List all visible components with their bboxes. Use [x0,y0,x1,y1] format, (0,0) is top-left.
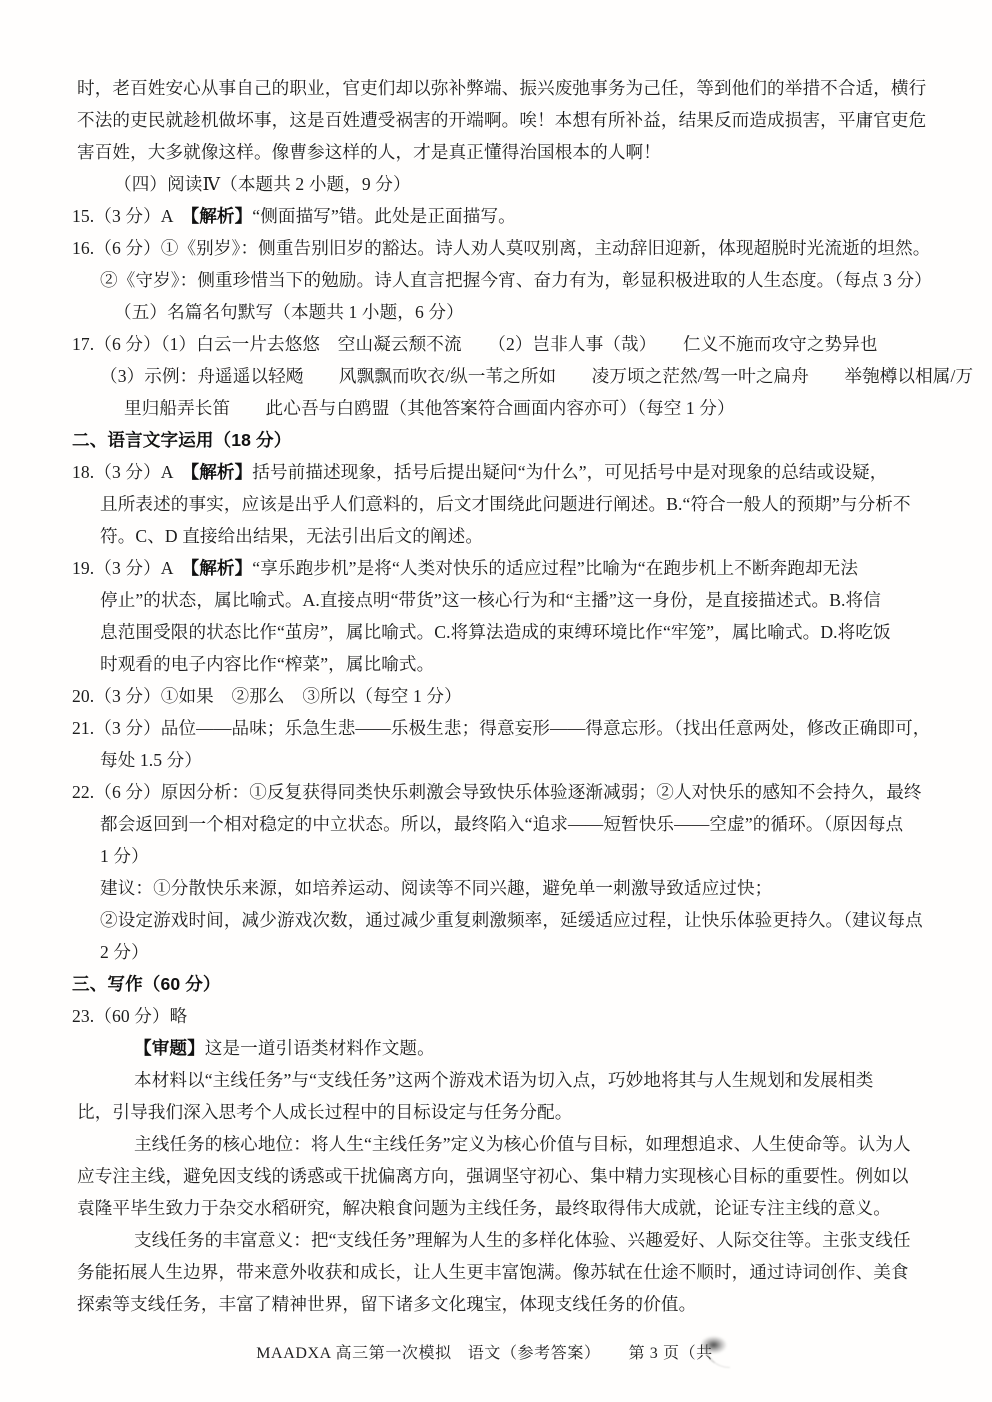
text-segment: 23.（60 分）略 [72,1006,187,1026]
text-segment: 建议：①分散快乐来源，如培养运动、阅读等不同兴趣，避免单一刺激导致适应过快； [100,878,772,898]
text-segment: 这是一道引语类材料作文题。 [205,1038,435,1058]
text-line: 都会返回到一个相对稳定的中立状态。所以，最终陷入“追求——短暂快乐——空虚”的循… [100,808,942,840]
text-line: 20.（3 分）①如果 ②那么 ③所以（每空 1 分） [72,680,942,712]
text-segment: 每处 1.5 分） [100,750,202,770]
text-segment: （四）阅读Ⅳ（本题共 2 小题，9 分） [114,174,411,194]
footer-exam-title: MAADXA 高三第一次模拟 [256,1345,452,1362]
text-segment: 2 分） [100,942,149,962]
text-segment: 不法的吏民就趁机做坏事，这是百姓遭受祸害的开端啊。唉！本想有所补益，结果反而造成… [77,110,926,130]
text-line: 2 分） [100,936,942,968]
text-segment: 里归船弄长笛 此心吾与白鸥盟（其他答案符合画面内容亦可）（每空 1 分） [124,398,735,418]
emphasis-segment: 三、写作（60 分） [72,974,221,994]
text-line: 支线任务的丰富意义：把“支线任务”理解为人生的多样化体验、兴趣爱好、人际交往等。… [134,1224,942,1256]
text-segment: 本材料以“主线任务”与“支线任务”这两个游戏术语为切入点，巧妙地将其与人生规划和… [134,1070,873,1090]
text-segment: 且所表述的事实，应该是出乎人们意料的，后文才围绕此问题进行阐述。B.“符合一般人… [100,494,911,514]
text-segment: 时，老百姓安心从事自己的职业，官吏们却以弥补弊端、振兴废弛事务为己任，等到他们的… [77,78,926,98]
text-segment: 括号前描述现象，括号后提出疑问“为什么”，可见括号中是对现象的总结或设疑， [252,462,887,482]
scan-smudge-mark [700,1336,736,1368]
text-line: 不法的吏民就趁机做坏事，这是百姓遭受祸害的开端啊。唉！本想有所补益，结果反而造成… [77,104,942,136]
text-line: （四）阅读Ⅳ（本题共 2 小题，9 分） [114,168,942,200]
emphasis-segment: 二、语言文字运用（18 分） [72,430,291,450]
text-segment: 支线任务的丰富意义：把“支线任务”理解为人生的多样化体验、兴趣爱好、人际交往等。… [134,1230,911,1250]
text-line: 1 分） [100,840,942,872]
text-segment: 符。C、D 直接给出结果，无法引出后文的阐述。 [100,526,483,546]
text-segment: ②设定游戏时间，减少游戏次数，通过减少重复刺激频率，延缓适应过程，让快乐体验更持… [100,910,923,930]
text-segment: 害百姓，大多就像这样。像曹参这样的人，才是真正懂得治国根本的人啊！ [77,142,661,162]
text-line: 19.（3 分）A 【解析】“享乐跑步机”是将“人类对快乐的适应过程”比喻为“在… [72,552,942,584]
text-line: 时，老百姓安心从事自己的职业，官吏们却以弥补弊端、振兴废弛事务为己任，等到他们的… [77,72,942,104]
text-line: ②《守岁》：侧重珍惜当下的勉励。诗人直言把握今宵、奋力有为，彰显积极进取的人生态… [100,264,942,296]
text-segment: 息范围受限的状态比作“茧房”，属比喻式。C.将算法造成的束缚环境比作“牢笼”，属… [100,622,891,642]
text-line: 二、语言文字运用（18 分） [72,424,942,456]
text-segment: 袁隆平毕生致力于杂交水稻研究，解决粮食问题为主线任务，最终取得伟大成就，论证专注… [77,1198,891,1218]
text-line: 21.（3 分）品位——品味；乐急生悲——乐极生悲；得意妄形——得意忘形。（找出… [72,712,942,744]
text-line: 符。C、D 直接给出结果，无法引出后文的阐述。 [100,520,942,552]
text-segment: 18.（3 分）A [72,462,190,482]
text-segment: 16.（6 分）①《别岁》：侧重告别旧岁的豁达。诗人劝人莫叹别离，主动辞旧迎新，… [72,238,931,258]
text-segment: 21.（3 分）品位——品味；乐急生悲——乐极生悲；得意妄形——得意忘形。（找出… [72,718,931,738]
text-segment: 22.（6 分）原因分析：①反复获得同类快乐刺激会导致快乐体验逐渐减弱；②人对快… [72,782,922,802]
text-line: （3）示例：舟遥遥以轻飏 风飘飘而吹衣/纵一苇之所如 凌万顷之茫然/驾一叶之扁舟… [100,360,942,392]
text-line: 且所表述的事实，应该是出乎人们意料的，后文才围绕此问题进行阐述。B.“符合一般人… [100,488,942,520]
footer-subject: 语文（参考答案） [468,1345,601,1362]
text-line: 袁隆平毕生致力于杂交水稻研究，解决粮食问题为主线任务，最终取得伟大成就，论证专注… [77,1192,942,1224]
page-footer: MAADXA 高三第一次模拟语文（参考答案）第 3 页（共 [0,1336,992,1369]
text-line: 息范围受限的状态比作“茧房”，属比喻式。C.将算法造成的束缚环境比作“牢笼”，属… [100,616,942,648]
emphasis-segment: 【解析】 [190,558,252,578]
text-segment: 停止”的状态，属比喻式。A.直接点明“带货”这一核心行为和“主播”这一身份，是直… [100,590,881,610]
text-line: 18.（3 分）A 【解析】括号前描述现象，括号后提出疑问“为什么”，可见括号中… [72,456,942,488]
text-line: 三、写作（60 分） [72,968,942,1000]
text-segment: 15.（3 分）A [72,206,190,226]
document-page: 时，老百姓安心从事自己的职业，官吏们却以弥补弊端、振兴废弛事务为己任，等到他们的… [0,0,992,1402]
text-segment: 务能拓展人生边界，带来意外收获和成长，让人生更丰富饱满。像苏轼在仕途不顺时，通过… [77,1262,909,1282]
text-line: 时观看的电子内容比作“榨菜”，属比喻式。 [100,648,942,680]
text-line: 16.（6 分）①《别岁》：侧重告别旧岁的豁达。诗人劝人莫叹别离，主动辞旧迎新，… [72,232,942,264]
document-lines: 时，老百姓安心从事自己的职业，官吏们却以弥补弊端、振兴废弛事务为己任，等到他们的… [72,72,942,1320]
text-segment: 时观看的电子内容比作“榨菜”，属比喻式。 [100,654,434,674]
text-line: 15.（3 分）A 【解析】“侧面描写”错。此处是正面描写。 [72,200,942,232]
text-line: 里归船弄长笛 此心吾与白鸥盟（其他答案符合画面内容亦可）（每空 1 分） [124,392,942,424]
text-segment: 应专注主线，避免因支线的诱惑或干扰偏离方向，强调坚守初心、集中精力实现核心目标的… [77,1166,909,1186]
text-line: 建议：①分散快乐来源，如培养运动、阅读等不同兴趣，避免单一刺激导致适应过快； [100,872,942,904]
text-line: 每处 1.5 分） [100,744,942,776]
text-line: 务能拓展人生边界，带来意外收获和成长，让人生更丰富饱满。像苏轼在仕途不顺时，通过… [77,1256,942,1288]
emphasis-segment: 【审题】 [134,1038,205,1058]
text-segment: “侧面描写”错。此处是正面描写。 [252,206,516,226]
text-segment: “享乐跑步机”是将“人类对快乐的适应过程”比喻为“在跑步机上不断奔跑却无法 [252,558,858,578]
text-segment: （五）名篇名句默写（本题共 1 小题，6 分） [114,302,464,322]
text-segment: 都会返回到一个相对稳定的中立状态。所以，最终陷入“追求——短暂快乐——空虚”的循… [100,814,903,834]
text-line: ②设定游戏时间，减少游戏次数，通过减少重复刺激频率，延缓适应过程，让快乐体验更持… [100,904,942,936]
text-segment: 20.（3 分）①如果 ②那么 ③所以（每空 1 分） [72,686,462,706]
text-line: 害百姓，大多就像这样。像曹参这样的人，才是真正懂得治国根本的人啊！ [77,136,942,168]
text-segment: （3）示例：舟遥遥以轻飏 风飘飘而吹衣/纵一苇之所如 凌万顷之茫然/驾一叶之扁舟… [100,366,973,386]
text-segment: 17.（6 分）（1）白云一片去悠悠 空山凝云颓不流 （2）岂非人事（哉） 仁义… [72,334,878,354]
text-line: 23.（60 分）略 [72,1000,942,1032]
text-line: 本材料以“主线任务”与“支线任务”这两个游戏术语为切入点，巧妙地将其与人生规划和… [134,1064,942,1096]
emphasis-segment: 【解析】 [190,462,252,482]
text-line: 应专注主线，避免因支线的诱惑或干扰偏离方向，强调坚守初心、集中精力实现核心目标的… [77,1160,942,1192]
text-segment: 1 分） [100,846,149,866]
emphasis-segment: 【解析】 [190,206,252,226]
text-segment: ②《守岁》：侧重珍惜当下的勉励。诗人直言把握今宵、奋力有为，彰显积极进取的人生态… [100,270,932,290]
text-line: 停止”的状态，属比喻式。A.直接点明“带货”这一核心行为和“主播”这一身份，是直… [100,584,942,616]
text-line: （五）名篇名句默写（本题共 1 小题，6 分） [114,296,942,328]
text-segment: 19.（3 分）A [72,558,190,578]
text-line: 22.（6 分）原因分析：①反复获得同类快乐刺激会导致快乐体验逐渐减弱；②人对快… [72,776,942,808]
text-segment: 主线任务的核心地位：将人生“主线任务”定义为核心价值与目标，如理想追求、人生使命… [134,1134,911,1154]
text-line: 主线任务的核心地位：将人生“主线任务”定义为核心价值与目标，如理想追求、人生使命… [134,1128,942,1160]
text-segment: 探索等支线任务，丰富了精神世界，留下诸多文化瑰宝，体现支线任务的价值。 [77,1294,696,1314]
text-line: 探索等支线任务，丰富了精神世界，留下诸多文化瑰宝，体现支线任务的价值。 [77,1288,942,1320]
text-segment: 比，引导我们深入思考个人成长过程中的目标设定与任务分配。 [77,1102,572,1122]
text-line: 【审题】这是一道引语类材料作文题。 [134,1032,942,1064]
text-line: 比，引导我们深入思考个人成长过程中的目标设定与任务分配。 [77,1096,942,1128]
text-line: 17.（6 分）（1）白云一片去悠悠 空山凝云颓不流 （2）岂非人事（哉） 仁义… [72,328,942,360]
